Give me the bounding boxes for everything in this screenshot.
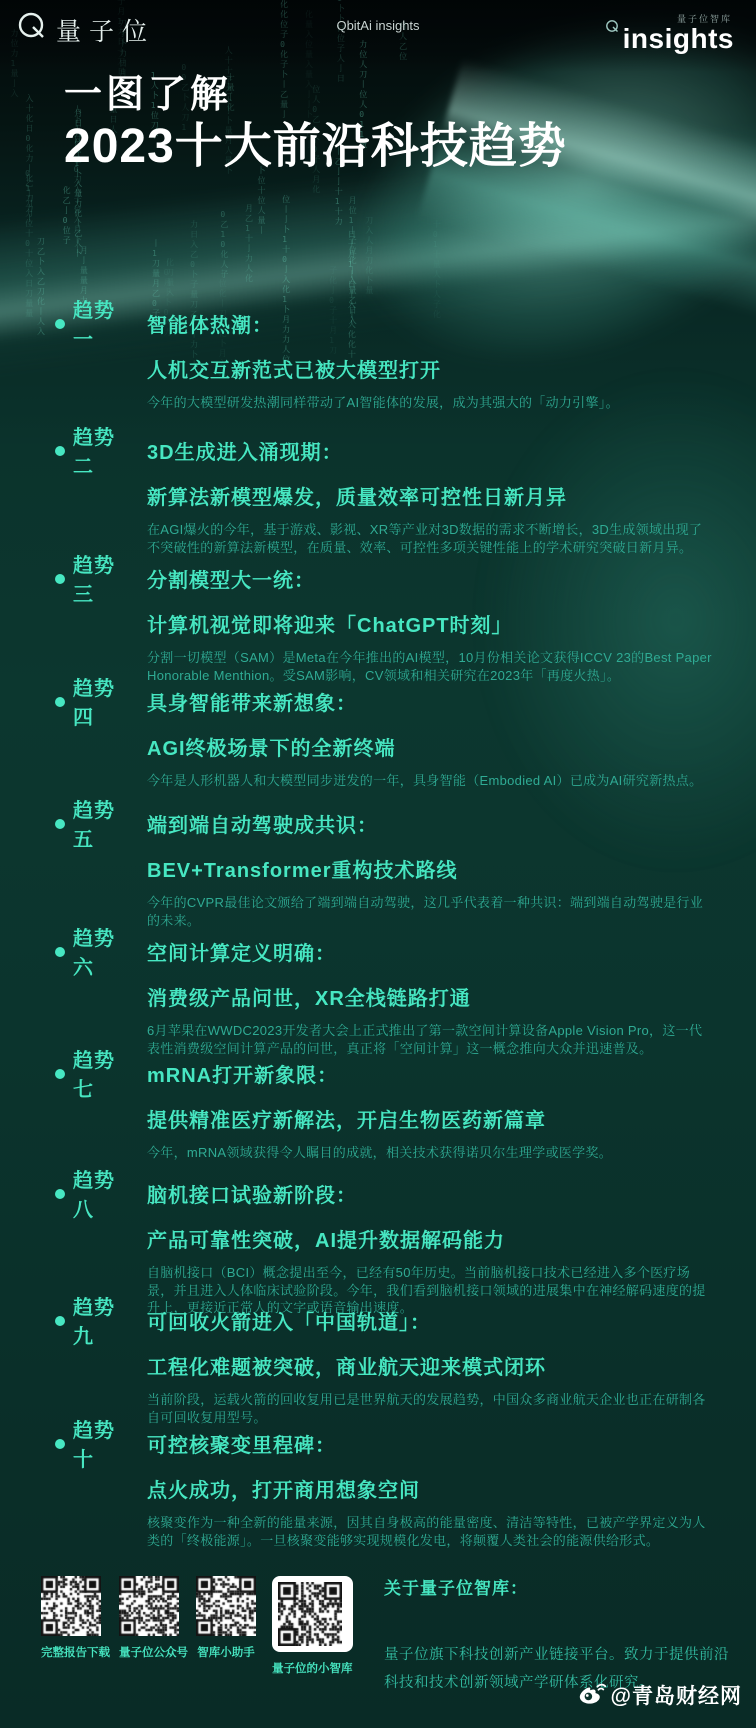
qr-code-image — [278, 1582, 342, 1646]
trend-title-line1: 具身智能带来新想象： — [147, 687, 357, 716]
qr-code-image — [119, 1576, 179, 1636]
insights-logo: 量子位智库 insights — [605, 12, 734, 53]
main-title: 一图了解 2023十大前沿科技趋势 — [64, 74, 567, 174]
trend-label: 趋势四 — [73, 672, 135, 730]
qr-code-label: 完整报告下载 — [41, 1644, 110, 1660]
trend-label: 趋势八 — [73, 1164, 135, 1222]
trend-list: 趋势一 智能体热潮： 人机交互新范式已被大模型打开 今年的大模型研发热潮同样带动… — [0, 0, 756, 1728]
trend-title-line1: 可控核聚变里程碑： — [147, 1429, 336, 1458]
qr-code: 完整报告下载 — [41, 1576, 110, 1660]
trend-title-line1: 可回收火箭进入「中国轨道」： — [147, 1306, 431, 1335]
about-section: 关于量子位智库： 量子位旗下科技创新产业链接平台。致力于提供前沿科技和技术创新领… — [384, 1574, 730, 1697]
dot-icon — [55, 574, 65, 584]
qr-code-label: 量子位的小智库 — [272, 1660, 353, 1676]
trend-label: 趋势九 — [73, 1291, 135, 1349]
qr-code-image — [41, 1576, 101, 1636]
dot-icon — [55, 947, 65, 957]
dot-icon — [55, 697, 65, 707]
trend-title-line1: 智能体热潮： — [147, 309, 273, 338]
dot-icon — [55, 1069, 65, 1079]
trend-title-line1: 脑机接口试验新阶段： — [147, 1179, 357, 1208]
trend-item: 趋势一 智能体热潮： 人机交互新范式已被大模型打开 今年的大模型研发热潮同样带动… — [55, 294, 725, 412]
trend-title-line2: 计算机视觉即将迎来「ChatGPT时刻」 — [147, 614, 725, 638]
trend-description: 今年是人形机器人和大模型同步迸发的一年，具身智能（Embodied AI）已成为… — [147, 772, 713, 790]
trend-item: 趋势二 3D生成进入涌现期： 新算法新模型爆发，质量效率可控性日新月异 在AGI… — [55, 421, 725, 556]
trend-item: 趋势十 可控核聚变里程碑： 点火成功，打开商用想象空间 核聚变作为一种全新的能量… — [55, 1414, 725, 1549]
insights-wordmark: insights — [623, 25, 734, 53]
trend-title-line2: 点火成功，打开商用想象空间 — [147, 1479, 725, 1503]
dot-icon — [55, 819, 65, 829]
trend-title-line2: 工程化难题被突破，商业航天迎来模式闭环 — [147, 1356, 725, 1380]
trend-title-line1: 分割模型大一统： — [147, 564, 315, 593]
weibo-icon — [579, 1681, 606, 1710]
trend-title-line2: 产品可靠性突破，AI提升数据解码能力 — [147, 1229, 725, 1253]
trend-title-line2: 新算法新模型爆发，质量效率可控性日新月异 — [147, 486, 725, 510]
main-title-line2: 2023十大前沿科技趋势 — [64, 120, 567, 174]
trend-title-line2: 消费级产品问世，XR全栈链路打通 — [147, 987, 725, 1011]
trend-item: 趋势九 可回收火箭进入「中国轨道」： 工程化难题被突破，商业航天迎来模式闭环 当… — [55, 1291, 725, 1426]
trend-item: 趋势三 分割模型大一统： 计算机视觉即将迎来「ChatGPT时刻」 分割一切模型… — [55, 549, 725, 684]
trend-description: 今年，mRNA领域获得令人瞩目的成就，相关技术获得诺贝尔生理学或医学奖。 — [147, 1144, 713, 1162]
watermark-text: @青岛财经网 — [611, 1680, 742, 1710]
trend-label: 趋势六 — [73, 922, 135, 980]
trend-item: 趋势七 mRNA打开新象限： 提供精准医疗新解法，开启生物医药新篇章 今年，mR… — [55, 1044, 725, 1162]
qr-code-label: 智库小助手 — [196, 1644, 256, 1660]
dot-icon — [55, 319, 65, 329]
trend-label: 趋势三 — [73, 549, 135, 607]
trend-description: 今年的大模型研发热潮同样带动了AI智能体的发展，成为其强大的「动力引擎」。 — [147, 394, 713, 412]
trend-title-line2: 提供精准医疗新解法，开启生物医药新篇章 — [147, 1109, 725, 1133]
qr-code: 量子位公众号 — [119, 1576, 188, 1660]
trend-title-line2: AGI终极场景下的全新终端 — [147, 737, 725, 761]
trend-item: 趋势五 端到端自动驾驶成共识： BEV+Transformer重构技术路线 今年… — [55, 794, 725, 929]
trend-item: 趋势六 空间计算定义明确： 消费级产品问世，XR全栈链路打通 6月苹果在WWDC… — [55, 922, 725, 1057]
trend-title-line1: mRNA打开新象限： — [147, 1059, 338, 1088]
dot-icon — [55, 1316, 65, 1326]
qr-code-label: 量子位公众号 — [119, 1644, 188, 1660]
trend-title-line1: 空间计算定义明确： — [147, 937, 336, 966]
qr-code: 智库小助手 — [196, 1576, 256, 1660]
trend-description: 核聚变作为一种全新的能量来源，因其自身极高的能量密度、清洁等特性，已被产学界定义… — [147, 1514, 713, 1549]
about-title: 关于量子位智库： — [384, 1574, 730, 1599]
trend-label: 趋势二 — [73, 421, 135, 479]
poster: 入 量 1 卜 卜 日 位 子 人 亅 日 1 人 卜 1 位 刀 卜 力 位 … — [0, 0, 756, 1728]
dot-icon — [55, 1439, 65, 1449]
trend-title-line2: 人机交互新范式已被大模型打开 — [147, 359, 725, 383]
main-title-line1: 一图了解 — [64, 74, 567, 116]
dot-icon — [55, 446, 65, 456]
trend-title-line1: 3D生成进入涌现期： — [147, 436, 343, 465]
trend-item: 趋势四 具身智能带来新想象： AGI终极场景下的全新终端 今年是人形机器人和大模… — [55, 672, 725, 790]
qr-code-image — [196, 1576, 256, 1636]
q-circle-icon — [605, 19, 621, 40]
trend-label: 趋势十 — [73, 1414, 135, 1472]
trend-title-line2: BEV+Transformer重构技术路线 — [147, 859, 725, 883]
trend-label: 趋势七 — [73, 1044, 135, 1102]
trend-title-line1: 端到端自动驾驶成共识： — [147, 809, 378, 838]
qr-code: 量子位的小智库 — [272, 1576, 353, 1676]
dot-icon — [55, 1189, 65, 1199]
watermark: @青岛财经网 — [579, 1680, 742, 1710]
trend-label: 趋势五 — [73, 794, 135, 852]
trend-label: 趋势一 — [73, 294, 135, 352]
